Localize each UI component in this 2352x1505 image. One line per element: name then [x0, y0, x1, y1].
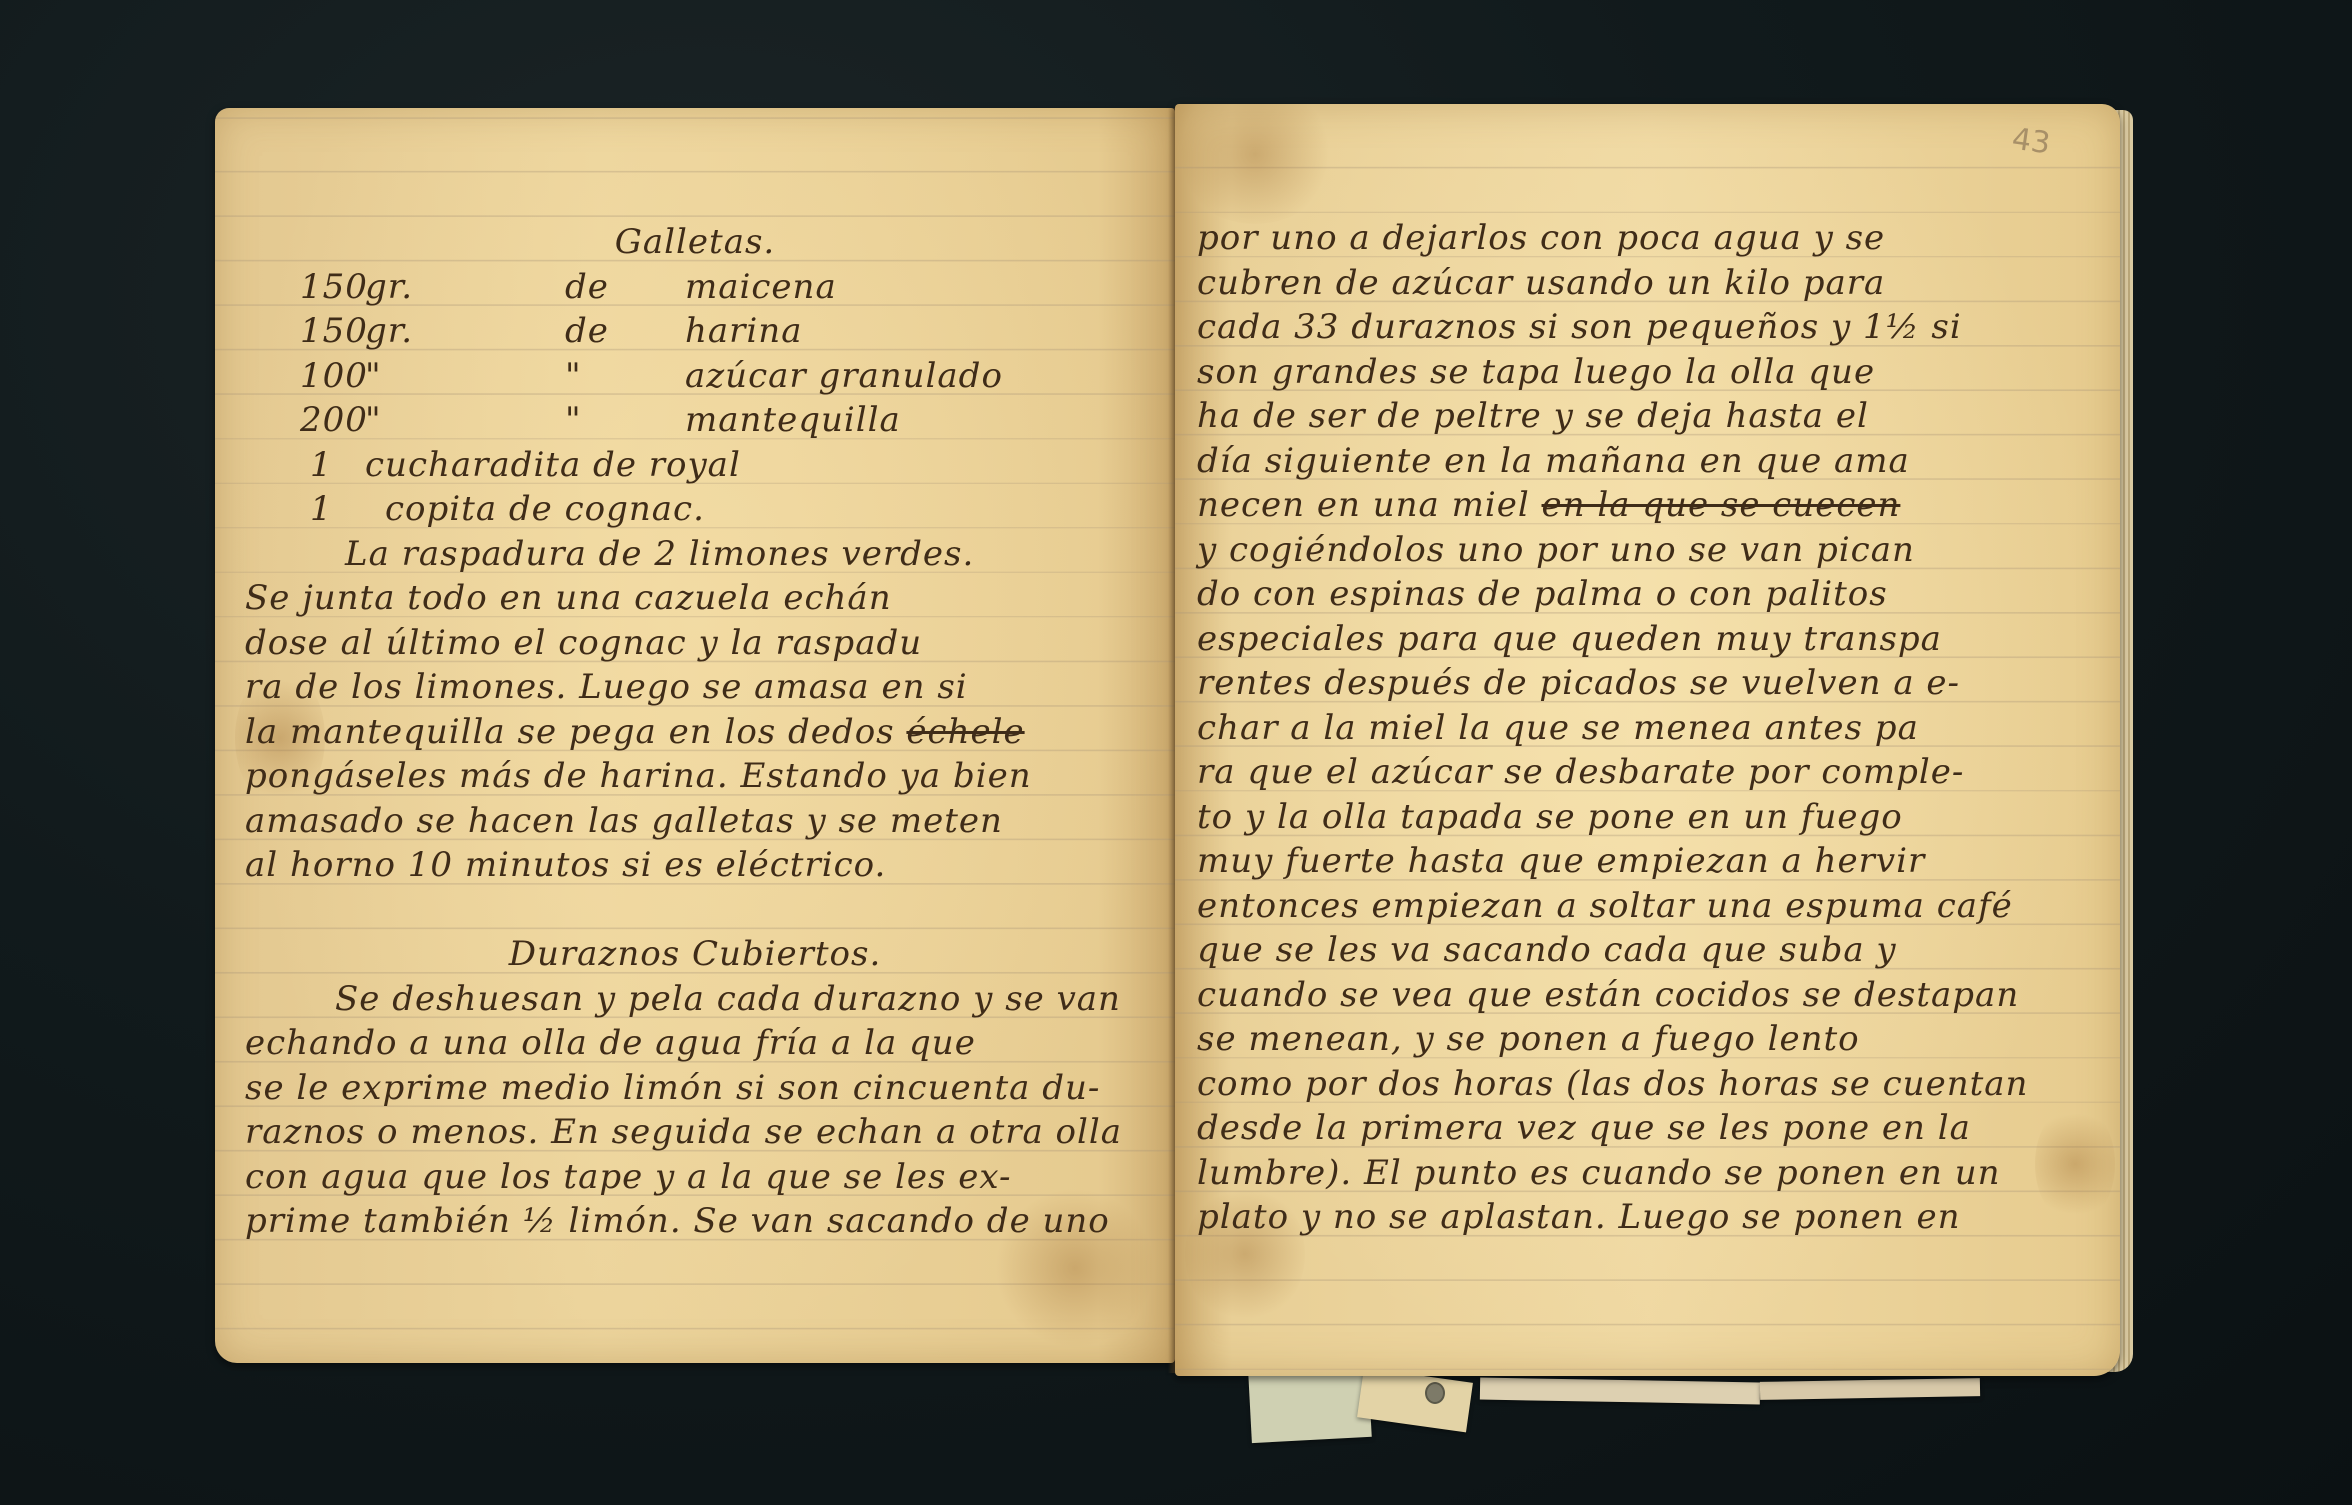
instruction-line: amasado se hacen las galletas y se meten: [245, 799, 1145, 844]
ingredient-row: 1 cucharadita de royal: [245, 443, 1145, 488]
ingredient-text: copita de cognac.: [365, 487, 1145, 532]
recipe-continuation: por uno a dejarlos con poca agua y se cu…: [1197, 216, 2097, 1240]
instruction-text: la mantequilla se pega en los dedos: [245, 712, 895, 752]
instruction-line: son grandes se tapa luego la olla que: [1197, 350, 2097, 395]
ingredient-row: 150 gr. de maicena: [245, 265, 1145, 310]
instruction-text: necen en una miel: [1197, 485, 1530, 525]
ingredient-item: harina: [685, 309, 1145, 354]
instruction-line: especiales para que queden muy transpa: [1197, 617, 2097, 662]
instruction-line: entonces empiezan a soltar una espuma ca…: [1197, 884, 2097, 929]
ingredient-qty: 1: [245, 487, 365, 532]
instruction-line: con agua que los tape y a la que se les …: [245, 1155, 1145, 1200]
instruction-line: por uno a dejarlos con poca agua y se: [1197, 216, 2097, 261]
instruction-line: lumbre). El punto es cuando se ponen en …: [1197, 1151, 2097, 1196]
recipe-galletas: Galletas. 150 gr. de maicena 150 gr. de …: [245, 220, 1145, 1244]
instruction-line: cuando se vea que están cocidos se desta…: [1197, 973, 2097, 1018]
instruction-line: to y la olla tapada se pone en un fuego: [1197, 795, 2097, 840]
ingredient-row: 150 gr. de harina: [245, 309, 1145, 354]
instruction-line: cubren de azúcar usando un kilo para: [1197, 261, 2097, 306]
left-page: Galletas. 150 gr. de maicena 150 gr. de …: [215, 108, 1175, 1363]
ingredient-qty: 150: [245, 265, 365, 310]
instruction-line: pongáseles más de harina. Estando ya bie…: [245, 754, 1145, 799]
instruction-line: raznos o menos. En seguida se echan a ot…: [245, 1110, 1145, 1155]
ingredient-prep: ": [565, 398, 685, 443]
instruction-line: necen en una miel en la que se cuecen: [1197, 483, 2097, 528]
instruction-line: do con espinas de palma o con palitos: [1197, 572, 2097, 617]
ingredient-row: 1 copita de cognac.: [245, 487, 1145, 532]
ingredient-qty: 100: [245, 354, 365, 399]
ingredient-text: cucharadita de royal: [365, 443, 1145, 488]
crossed-out-text: en la que se cuecen: [1542, 485, 1901, 525]
ingredient-qty: 1: [245, 443, 365, 488]
ingredient-unit: ": [365, 398, 565, 443]
open-notebook: Galletas. 150 gr. de maicena 150 gr. de …: [0, 0, 2352, 1505]
instruction-line: Se deshuesan y pela cada durazno y se va…: [245, 977, 1145, 1022]
ingredient-qty: 200: [245, 398, 365, 443]
ingredient-row: 100 " " azúcar granulado: [245, 354, 1145, 399]
loose-paper-scrap: [1760, 1378, 1980, 1400]
instruction-line: día siguiente en la mañana en que ama: [1197, 439, 2097, 484]
ingredient-prep: de: [565, 265, 685, 310]
instruction-line: plato y no se aplastan. Luego se ponen e…: [1197, 1195, 2097, 1240]
instruction-line: prime también ½ limón. Se van sacando de…: [245, 1199, 1145, 1244]
crossed-out-word: échele: [906, 712, 1024, 752]
loose-paper-scrap: [1357, 1368, 1473, 1433]
ingredient-unit: ": [365, 354, 565, 399]
ingredient-qty: 150: [245, 309, 365, 354]
instruction-line: ra que el azúcar se desbarate por comple…: [1197, 750, 2097, 795]
ingredient-item: maicena: [685, 265, 1145, 310]
instruction-line: cada 33 duraznos si son pequeños y 1½ si: [1197, 305, 2097, 350]
instruction-line: se le exprime medio limón si son cincuen…: [245, 1066, 1145, 1111]
instruction-line: La raspadura de 2 limones verdes.: [245, 532, 1145, 577]
ingredient-item: mantequilla: [685, 398, 1145, 443]
instruction-line: rentes después de picados se vuelven a e…: [1197, 661, 2097, 706]
ingredient-prep: de: [565, 309, 685, 354]
instruction-line: al horno 10 minutos si es eléctrico.: [245, 843, 1145, 888]
ingredient-row: 200 " " mantequilla: [245, 398, 1145, 443]
ingredient-prep: ": [565, 354, 685, 399]
blank-line: [245, 888, 1145, 933]
instruction-line: echando a una olla de agua fría a la que: [245, 1021, 1145, 1066]
instruction-line: muy fuerte hasta que empiezan a hervir: [1197, 839, 2097, 884]
instruction-line: la mantequilla se pega en los dedos éche…: [245, 710, 1145, 755]
instruction-line: y cogiéndolos uno por uno se van pican: [1197, 528, 2097, 573]
loose-paper-scrap: [1248, 1367, 1371, 1443]
instruction-line: char a la miel la que se menea antes pa: [1197, 706, 2097, 751]
instruction-line: se menean, y se ponen a fuego lento: [1197, 1017, 2097, 1062]
instruction-line: desde la primera vez que se les pone en …: [1197, 1106, 2097, 1151]
instruction-line: ra de los limones. Luego se amasa en si: [245, 665, 1145, 710]
page-number: 43: [2010, 122, 2053, 162]
instruction-line: ha de ser de peltre y se deja hasta el: [1197, 394, 2097, 439]
recipe-title: Duraznos Cubiertos.: [245, 932, 1145, 977]
ingredient-unit: gr.: [365, 265, 565, 310]
recipe-title: Galletas.: [245, 220, 1145, 265]
instruction-line: que se les va sacando cada que suba y: [1197, 928, 2097, 973]
instruction-line: dose al último el cognac y la raspadu: [245, 621, 1145, 666]
instruction-line: Se junta todo en una cazuela echán: [245, 576, 1145, 621]
right-page: 43 por uno a dejarlos con poca agua y se…: [1175, 104, 2120, 1376]
ingredient-unit: gr.: [365, 309, 565, 354]
ingredient-item: azúcar granulado: [685, 354, 1145, 399]
instruction-line: como por dos horas (las dos horas se cue…: [1197, 1062, 2097, 1107]
loose-paper-scrap: [1480, 1378, 1760, 1405]
binding-rivet-icon: [1425, 1382, 1445, 1404]
